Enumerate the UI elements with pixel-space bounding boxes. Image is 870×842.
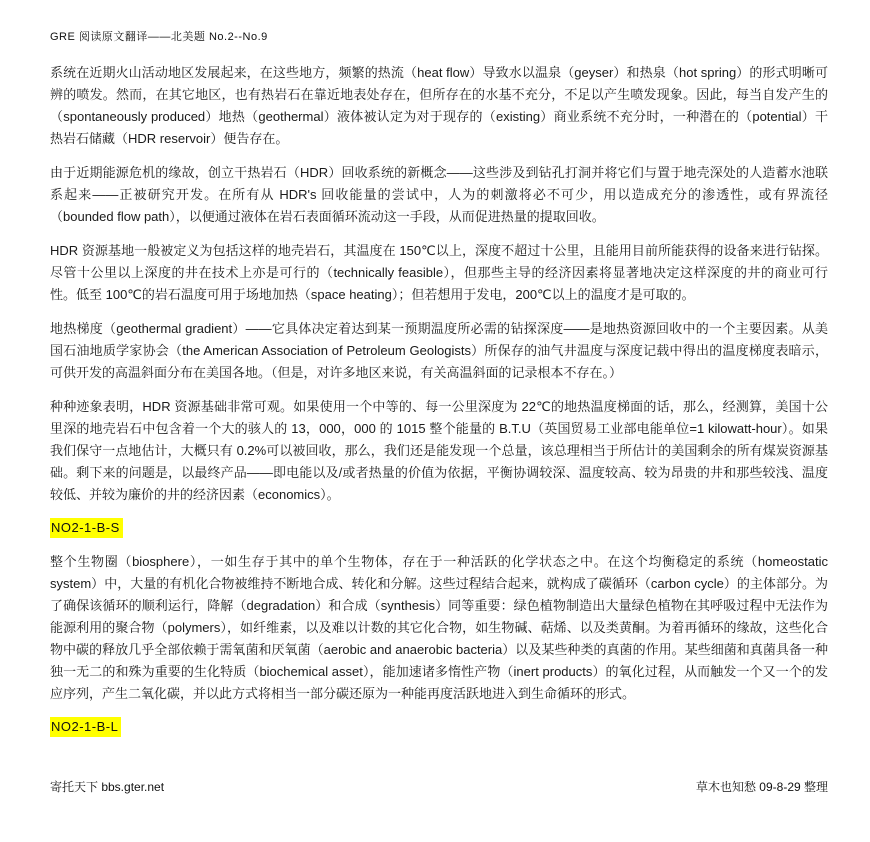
section-label-row-2: NO2-1-B-L <box>50 717 828 737</box>
footer-site-text: 寄托天下 bbs.gter.net <box>50 778 164 795</box>
document-body: 系统在近期火山活动地区发展起来，在这些地方，频繁的热流（heat flow）导致… <box>50 62 828 737</box>
paragraph-hdr-intro: 系统在近期火山活动地区发展起来，在这些地方，频繁的热流（heat flow）导致… <box>50 62 828 150</box>
document-title: GRE 阅读原文翻译——北美题 No.2--No.9 <box>50 30 828 44</box>
paragraph-biosphere: 整个生物圈（biosphere），一如生存于其中的单个生物体，存在于一种活跃的化… <box>50 551 828 705</box>
paragraph-energy-crisis: 由于近期能源危机的缘故，创立干热岩石（HDR）回收系统的新概念——这些涉及到钻孔… <box>50 162 828 228</box>
section-label-no2-1-b-l: NO2-1-B-L <box>50 717 121 737</box>
document-footer: 寄托天下 bbs.gter.net 草木也知愁 09-8-29 整理 <box>50 778 828 795</box>
paragraph-resource-estimate: 种种迹象表明，HDR 资源基础非常可观。如果使用一个中等的、每一公里深度为 22… <box>50 396 828 506</box>
paragraph-geothermal-gradient: 地热梯度（geothermal gradient）——它具体决定着达到某一预期温… <box>50 318 828 384</box>
document-page: GRE 阅读原文翻译——北美题 No.2--No.9 系统在近期火山活动地区发展… <box>0 0 870 842</box>
section-label-no2-1-b-s: NO2-1-B-S <box>50 518 123 538</box>
paragraph-hdr-definition: HDR 资源基地一般被定义为包括这样的地壳岩石，其温度在 150℃以上，深度不超… <box>50 240 828 306</box>
section-label-row-1: NO2-1-B-S <box>50 518 828 538</box>
footer-credit-text: 草木也知愁 09-8-29 整理 <box>696 778 828 795</box>
